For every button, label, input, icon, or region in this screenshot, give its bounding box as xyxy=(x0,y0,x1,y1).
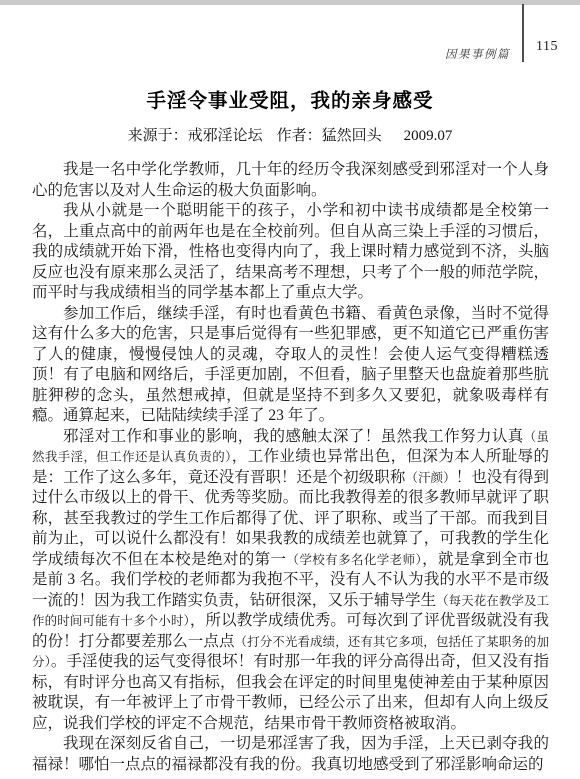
text-segment: 我是一名中学化学教师，几十年的经历令我深刻感受到邪淫对一个人身心的危害以及对人生… xyxy=(32,161,549,199)
paragraph-2: 我从小就是一个聪明能干的孩子，小学和初中读书成绩都是全校第一名，上重点高中的前两… xyxy=(32,201,549,304)
paragraph-1: 我是一名中学化学教师，几十年的经历令我深刻感受到邪淫对一个人身心的危害以及对人生… xyxy=(32,160,549,201)
text-segment: 。手淫使我的运气变得很坏！有时那一年我的评分高得出奇，但又没有指标，有时评分也高… xyxy=(32,653,549,732)
document-page: 因果事例篇 115 手淫令事业受阻，我的亲身感受 来源于：戒邪淫论坛作者：猛然回… xyxy=(0,0,580,779)
text-segment: 邪淫对工作和事业的影响，我的感触太深了！虽然我工作努力认真 xyxy=(63,428,524,445)
text-segment: （学校有多名化学老师） xyxy=(286,553,422,567)
paragraph-3: 参加工作后，继续手淫，有时也看黄色书籍、看黄色录像，当时不觉得这有什么多大的危害… xyxy=(32,304,549,427)
paragraph-5: 我现在深刻反省自己，一切是邪淫害了我，因为手淫，上天已剥夺我的福禄！哪怕一点点的… xyxy=(32,734,549,775)
text-segment: 我从小就是一个聪明能干的孩子，小学和初中读书成绩都是全校第一名，上重点高中的前两… xyxy=(32,202,549,301)
article-body: 我是一名中学化学教师，几十年的经历令我深刻感受到邪淫对一个人身心的危害以及对人生… xyxy=(32,160,549,775)
paragraph-4: 邪淫对工作和事业的影响，我的感触太深了！虽然我工作努力认真（虽然我手淫，但工作还… xyxy=(32,427,549,735)
source-author: 作者：猛然回头 xyxy=(277,128,382,144)
text-segment: 参加工作后，继续手淫，有时也看黄色书籍、看黄色录像，当时不觉得这有什么多大的危害… xyxy=(32,305,549,425)
page-top-rule xyxy=(0,0,580,5)
text-segment: （汗颜） xyxy=(405,471,455,485)
page-number: 115 xyxy=(536,39,558,55)
source-date: 2009.07 xyxy=(404,128,453,144)
text-segment: 我现在深刻反省自己，一切是邪淫害了我，因为手淫，上天已剥夺我的福禄！哪怕一点点的… xyxy=(32,735,549,773)
source-origin: 来源于：戒邪淫论坛 xyxy=(128,128,263,144)
source-line: 来源于：戒邪淫论坛作者：猛然回头2009.07 xyxy=(0,124,580,145)
header-divider-line xyxy=(522,4,524,62)
section-label: 因果事例篇 xyxy=(445,46,510,62)
